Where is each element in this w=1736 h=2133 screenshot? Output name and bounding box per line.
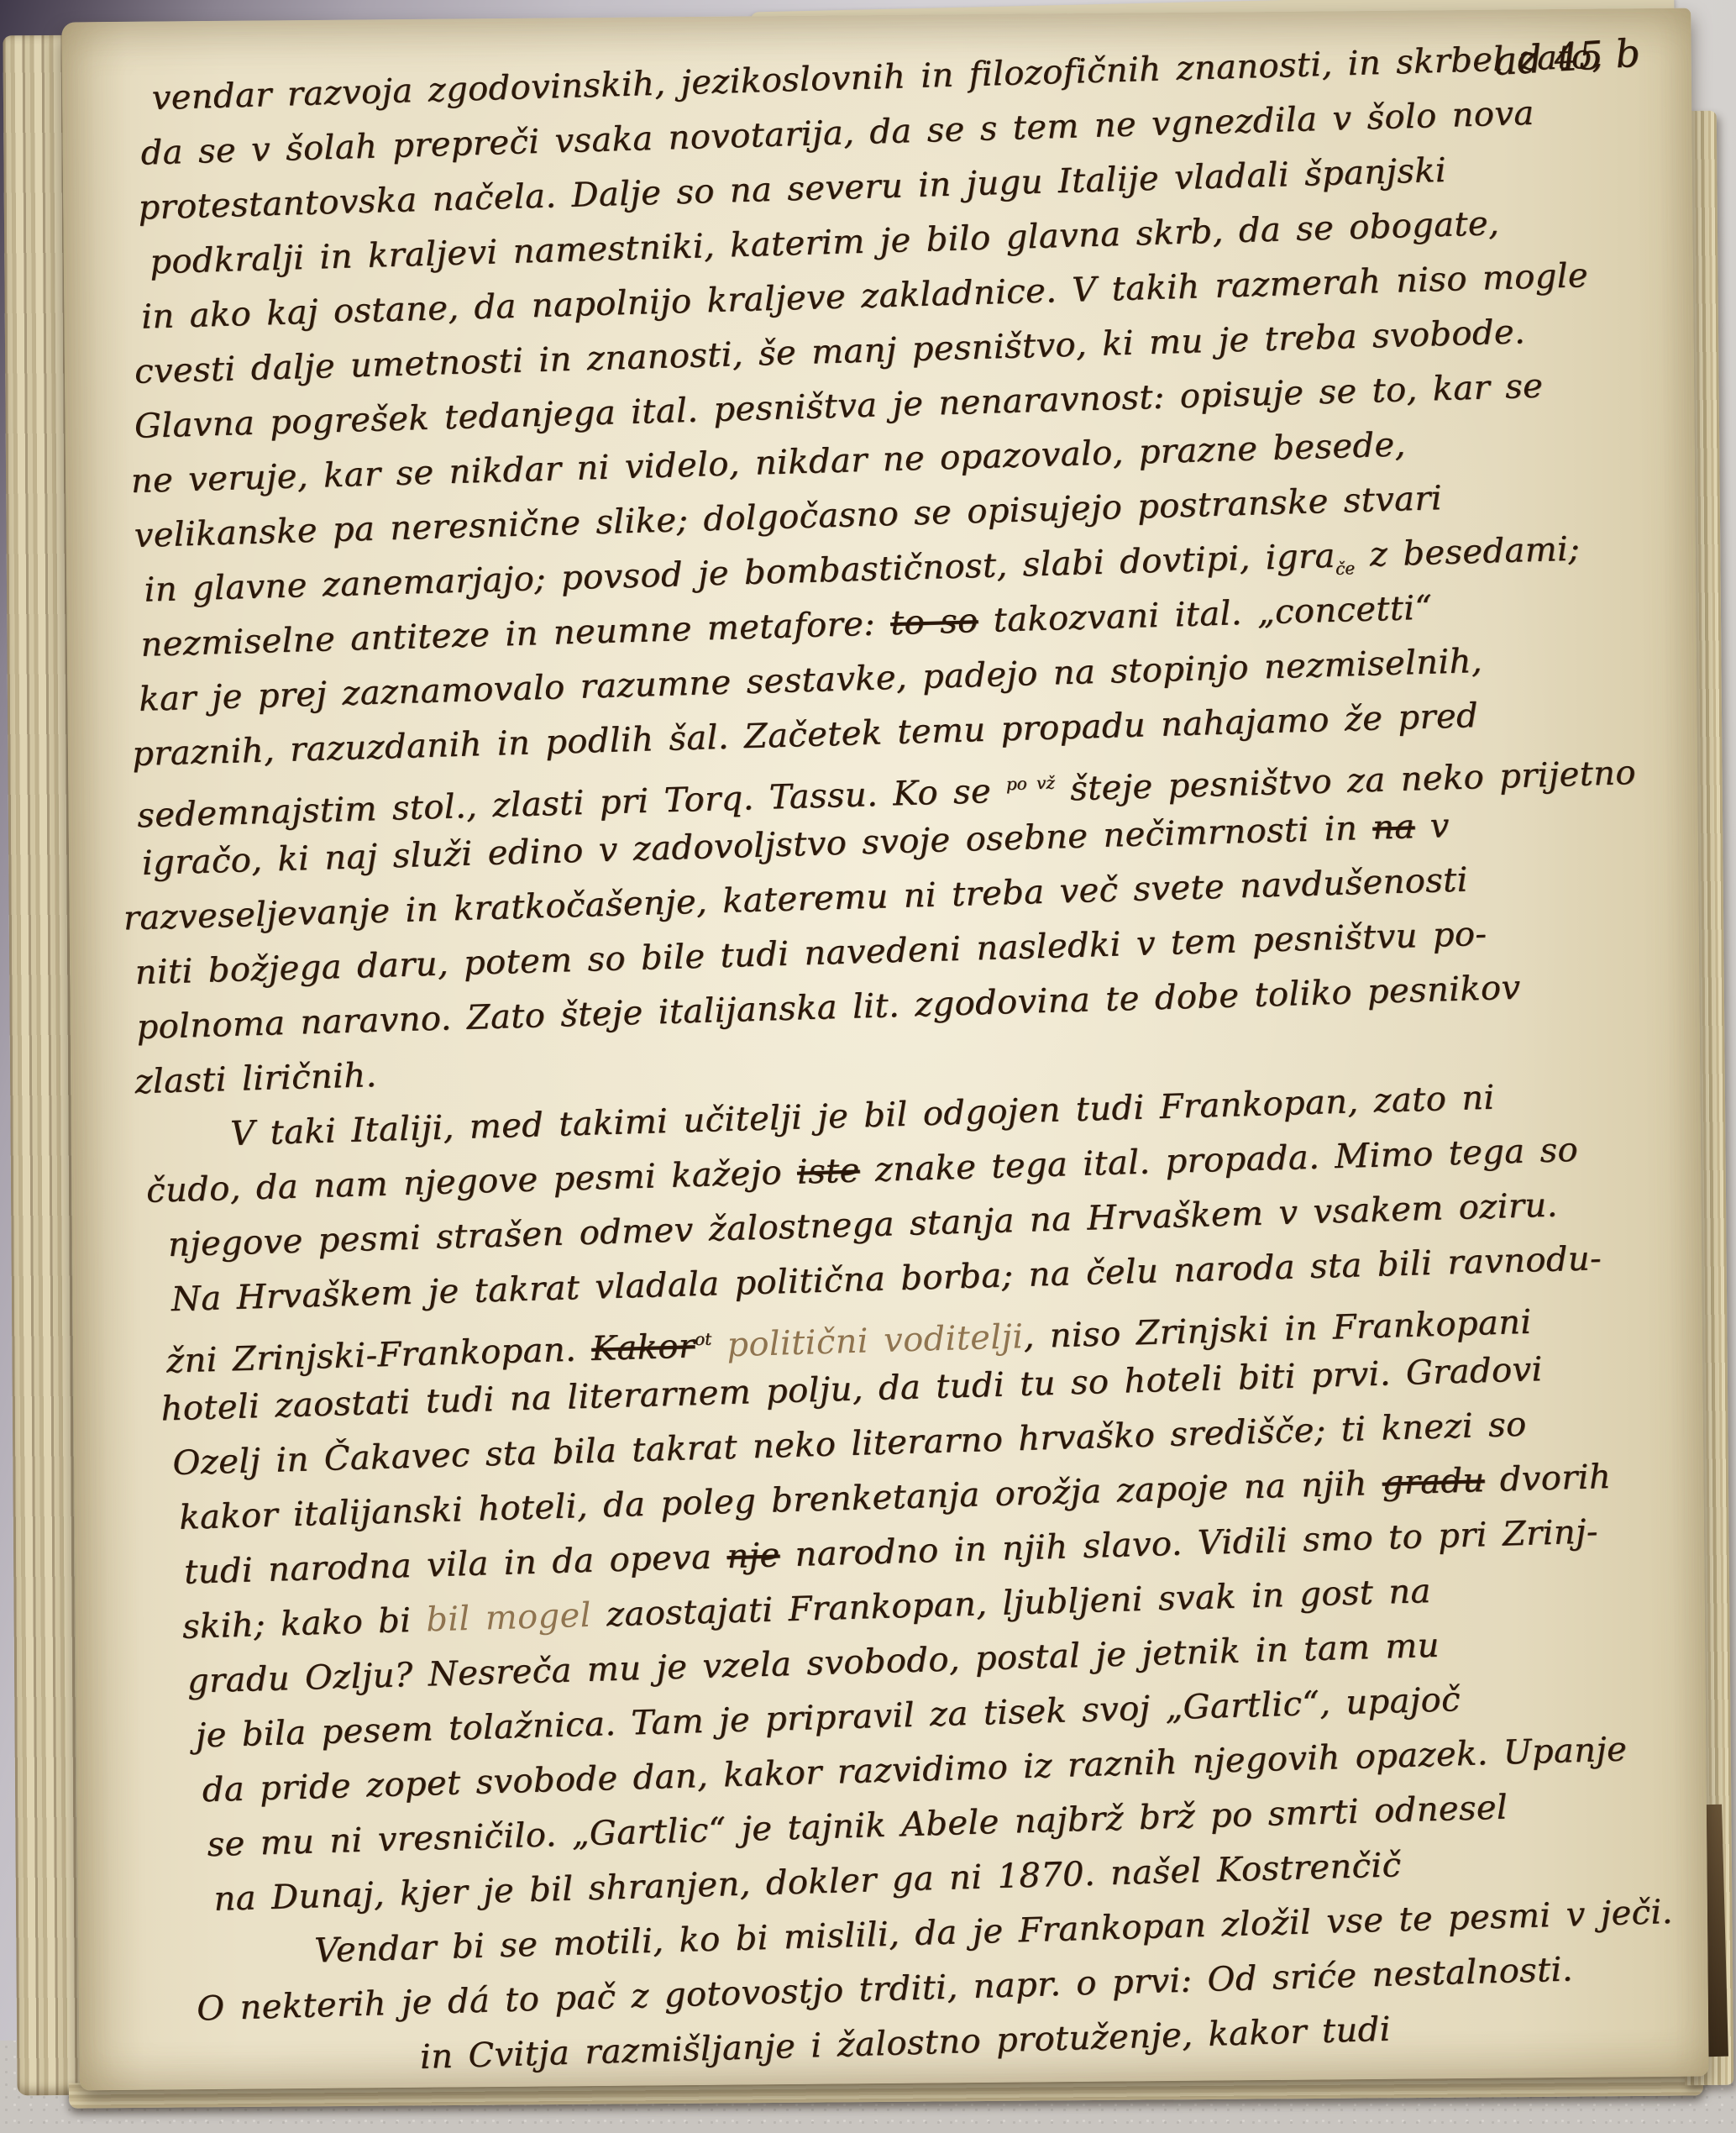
- open-book: ad 45 b vendar razvoja zgodovinskih, jez…: [10, 2, 1725, 2107]
- handwriting-segment: v: [1414, 806, 1450, 846]
- handwriting-segment: gradu: [1382, 1461, 1485, 1502]
- handwriting-segment: iste: [796, 1151, 860, 1191]
- handwriting-segment: na: [1371, 807, 1415, 847]
- manuscript-page: ad 45 b vendar razvoja zgodovinskih, jez…: [61, 8, 1708, 2091]
- handwriting-segment: politični voditelji: [726, 1317, 1024, 1364]
- manuscript-text: vendar razvoja zgodovinskih, jezikoslovn…: [134, 27, 1736, 2092]
- handwriting-segment: če: [1335, 558, 1356, 579]
- handwriting-segment: dvorih: [1484, 1458, 1612, 1500]
- handwriting-segment: skih; kako bi: [181, 1601, 427, 1647]
- handwriting-segment: zlasti liričnih.: [134, 1056, 377, 1101]
- handwriting-segment: po vž: [1005, 773, 1055, 795]
- handwriting-segment: bil mogel: [426, 1596, 592, 1640]
- handwriting-segment: nje: [726, 1536, 780, 1576]
- handwriting-segment: [711, 1326, 727, 1365]
- handwriting-segment: ot: [695, 1329, 712, 1350]
- handwriting-segment: z besedami;: [1354, 529, 1581, 575]
- handwriting-segment: čudo, da nam njegove pesmi kažejo: [146, 1153, 798, 1211]
- handwriting-segment: Kakor: [590, 1327, 695, 1369]
- handwriting-segment: to so: [889, 602, 978, 643]
- handwriting-segment: tudi narodna vila in da opeva: [184, 1537, 727, 1592]
- handwriting-segment: takozvani ital. „concetti“: [978, 589, 1433, 641]
